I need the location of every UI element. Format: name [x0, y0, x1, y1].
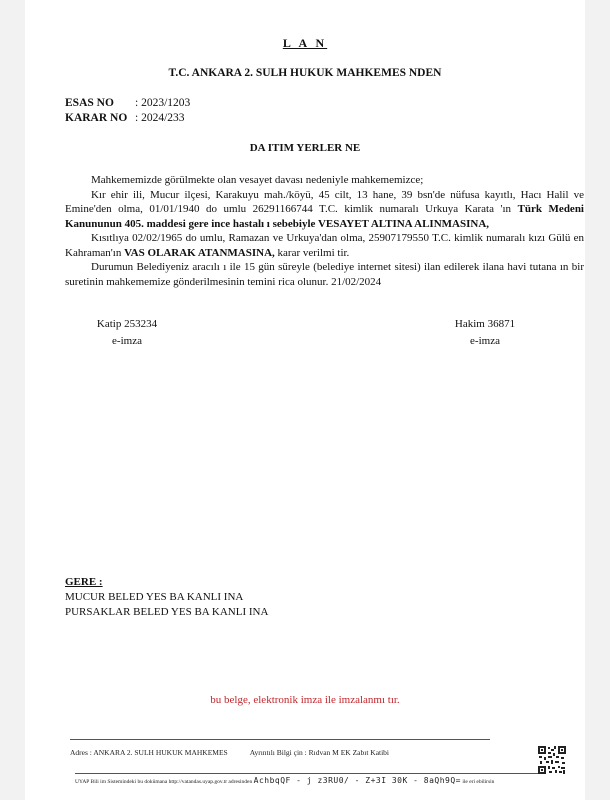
karar-no: KARAR NO: 2024/233 [65, 112, 185, 124]
paragraph-guardianship: Kır ehir ili, Mucur ilçesi, Karakuyu mah… [65, 188, 584, 232]
esign-notice: bu belge, elektronik imza ile imzalanmı … [25, 694, 585, 706]
gere-item: MUCUR BELED YES BA KANLI INA [65, 590, 268, 605]
judge-signature: Hakim 36871 e-imza [435, 318, 535, 347]
qr-code-icon [538, 746, 566, 774]
clerk-signature: Katip 253234 e-imza [77, 318, 177, 347]
esas-no: ESAS NO: 2023/1203 [65, 97, 190, 109]
paragraph-request: Durumun Belediyeniz aracılı ı ile 15 gün… [65, 260, 584, 289]
verification-code: AchbqQF - j z3RU0/ - Z+3I 30K - 8aQh9Q= [254, 776, 461, 785]
document-title: L A N [25, 36, 585, 51]
court-name: T.C. ANKARA 2. SULH HUKUK MAHKEMES NDEN [25, 67, 585, 79]
paragraph-guardian: Kısıtlıya 02/02/1965 do umlu, Ramazan ve… [65, 231, 584, 260]
distribution-heading: DA ITIM YERLER NE [25, 142, 585, 154]
document-page: L A N T.C. ANKARA 2. SULH HUKUK MAHKEMES… [25, 0, 585, 800]
footer-divider [70, 739, 490, 740]
gere-item: PURSAKLAR BELED YES BA KANLI INA [65, 605, 268, 620]
paragraph-intro: Mahkememizde görülmekte olan vesayet dav… [65, 173, 584, 188]
gere-section: GERE : MUCUR BELED YES BA KANLI INA PURS… [65, 575, 268, 620]
document-body: Mahkememizde görülmekte olan vesayet dav… [65, 173, 584, 289]
footer-address: Adres : ANKARA 2. SULH HUKUK MAHKEMESAyr… [70, 748, 389, 757]
footer-divider-2 [75, 773, 553, 774]
uyap-verification: UYAP Bili im Sistemindeki bu dokümana ht… [75, 776, 494, 785]
